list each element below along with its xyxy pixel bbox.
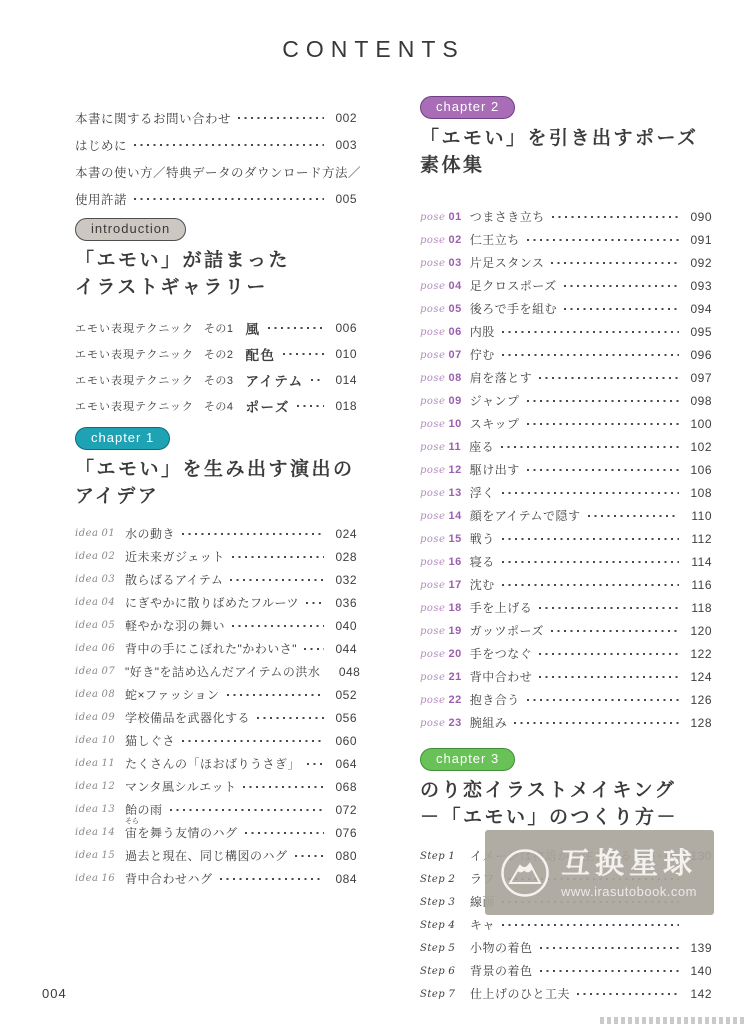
row-number: 09 xyxy=(101,712,115,723)
row-prefix-group: pose05 xyxy=(420,303,462,315)
row-page: 124 xyxy=(686,670,712,684)
row-label: 散らばるアイテム xyxy=(125,571,223,588)
row-label: 水の動き xyxy=(125,525,175,542)
row-page: 112 xyxy=(686,532,712,546)
row-page: 036 xyxy=(331,596,357,610)
row-prefix-group: idea08 xyxy=(75,689,117,700)
row-prefix-group: pose12 xyxy=(420,464,462,476)
toc-row: pose22抱き合う126 xyxy=(420,688,712,711)
row-prefix: Step xyxy=(420,851,445,862)
toc-row: エモい表現テクニックその1風006 xyxy=(75,315,357,341)
row-prefix-group: pose19 xyxy=(420,625,462,637)
row-number: 13 xyxy=(101,804,115,815)
row-page: 090 xyxy=(686,210,712,224)
row-prefix: pose xyxy=(420,373,445,384)
row-page: 091 xyxy=(686,233,712,247)
row-prefix: Step xyxy=(420,897,445,908)
toc-row: idea16背中合わせハグ084 xyxy=(75,867,357,890)
row-page: 028 xyxy=(331,550,357,564)
toc-row: idea14宙そらを舞う友情のハグ076 xyxy=(75,821,357,844)
row-label: 浮く xyxy=(470,484,495,501)
row-label: ガッツポーズ xyxy=(470,622,544,639)
cutoff-text-fragment xyxy=(600,1017,745,1024)
row-prefix-group: pose06 xyxy=(420,326,462,338)
row-label: 本書の使い方／特典データのダウンロード方法／ xyxy=(75,163,361,181)
row-prefix: idea xyxy=(75,735,98,746)
row-prefix: idea xyxy=(75,574,98,585)
row-label: 小物の着色 xyxy=(470,939,533,956)
row-number: 5 xyxy=(448,942,455,954)
page-number: 004 xyxy=(42,986,67,1001)
row-number: 04 xyxy=(448,280,461,292)
row-label: 風 xyxy=(246,318,261,338)
dotted-leader xyxy=(134,198,324,200)
row-prefix: pose xyxy=(420,718,445,729)
row-label: 足クロスポーズ xyxy=(470,277,557,294)
row-page: 106 xyxy=(686,463,712,477)
ruby-text: そら xyxy=(125,816,138,826)
row-prefix: idea xyxy=(75,666,98,677)
row-prefix: pose xyxy=(420,442,445,453)
row-prefix-group: pose14 xyxy=(420,510,462,522)
row-prefix: pose xyxy=(420,695,445,706)
row-number: 20 xyxy=(448,648,461,660)
row-page: 092 xyxy=(686,256,712,270)
row-number: 6 xyxy=(448,965,455,977)
dotted-leader xyxy=(527,400,680,402)
row-label: 近未来ガジェット xyxy=(125,548,225,565)
row-prefix: pose xyxy=(420,327,445,338)
toc-row: pose09ジャンプ098 xyxy=(420,389,712,412)
row-prefix-group: pose08 xyxy=(420,372,462,384)
dotted-leader xyxy=(227,694,324,696)
toc-row: idea08蛇×ファッション052 xyxy=(75,683,357,706)
row-number: 17 xyxy=(448,579,461,591)
row-number: 15 xyxy=(101,850,115,861)
dotted-leader xyxy=(297,405,324,407)
toc-row: idea02近未来ガジェット028 xyxy=(75,545,357,568)
toc-row: pose11座る102 xyxy=(420,435,712,458)
row-page: 056 xyxy=(331,711,357,725)
dotted-leader xyxy=(540,970,679,972)
row-page: 102 xyxy=(686,440,712,454)
row-label: 学校備品を武器化する xyxy=(125,709,250,726)
dotted-leader xyxy=(539,607,679,609)
row-prefix: idea xyxy=(75,643,98,654)
chapter1-badge: chapter 1 xyxy=(75,427,170,450)
row-prefix-group: Step1 xyxy=(420,850,462,862)
row-page: 068 xyxy=(331,780,357,794)
row-prefix-group: idea12 xyxy=(75,781,117,792)
row-prefix-group: pose09 xyxy=(420,395,462,407)
row-number: 22 xyxy=(448,694,461,706)
dotted-leader xyxy=(527,699,679,701)
dotted-leader xyxy=(539,653,679,655)
toc-row: エモい表現テクニックその3アイテム014 xyxy=(75,367,357,393)
row-label: アイテム xyxy=(246,370,304,390)
row-label: ポーズ xyxy=(246,396,290,416)
row-page: 110 xyxy=(686,509,712,523)
row-label: 配色 xyxy=(246,344,276,364)
toc-row: Step6背景の着色140 xyxy=(420,959,712,982)
toc-row: pose03片足スタンス092 xyxy=(420,251,712,274)
row-page: 048 xyxy=(334,665,360,679)
row-label: 顔をアイテムで隠す xyxy=(470,507,581,524)
row-page: 005 xyxy=(331,192,357,206)
mountain-logo-icon xyxy=(499,847,551,899)
dotted-leader xyxy=(514,722,679,724)
row-number: 12 xyxy=(448,464,461,476)
row-prefix: pose xyxy=(420,350,445,361)
row-number: 3 xyxy=(448,896,455,908)
toc-row: pose06内股095 xyxy=(420,320,712,343)
row-number: 2 xyxy=(448,873,455,885)
row-prefix: pose xyxy=(420,511,445,522)
row-label: 沈む xyxy=(470,576,495,593)
row-prefix: Step xyxy=(420,943,445,954)
row-number: 13 xyxy=(448,487,461,499)
row-number: 01 xyxy=(101,528,115,539)
toc-row: pose19ガッツポーズ120 xyxy=(420,619,712,642)
row-number: 08 xyxy=(101,689,115,700)
dotted-leader xyxy=(552,216,679,218)
chapter2-title: 「エモい」を引き出すポーズ素体集 xyxy=(420,125,712,179)
row-page: 010 xyxy=(331,347,357,361)
row-number: 05 xyxy=(101,620,115,631)
row-prefix-group: pose04 xyxy=(420,280,462,292)
dotted-leader xyxy=(502,924,679,926)
dotted-leader xyxy=(307,763,324,765)
row-prefix-group: pose01 xyxy=(420,211,462,223)
left-column: 本書に関するお問い合わせ002はじめに003本書の使い方／特典データのダウンロー… xyxy=(75,96,357,1005)
chapter3-title-line2: －「エモい」のつくり方－ xyxy=(420,804,712,831)
toc-row: pose02仁王立ち091 xyxy=(420,228,712,251)
row-page: 100 xyxy=(686,417,712,431)
dotted-leader xyxy=(502,492,679,494)
dotted-leader xyxy=(220,878,324,880)
dotted-leader xyxy=(134,144,324,146)
dotted-leader xyxy=(257,717,324,719)
row-number: 11 xyxy=(448,441,461,453)
dotted-leader xyxy=(238,117,324,119)
row-prefix-group: idea05 xyxy=(75,620,117,631)
dotted-leader xyxy=(527,469,679,471)
row-prefix-group: idea07 xyxy=(75,666,117,677)
row-prefix-group: idea13 xyxy=(75,804,117,815)
watermark-url: www.irasutobook.com xyxy=(561,884,697,899)
chapter3-title: のり恋イラストメイキング －「エモい」のつくり方－ xyxy=(420,777,712,831)
toc-row: pose08肩を落とす097 xyxy=(420,366,712,389)
row-number: 08 xyxy=(448,372,461,384)
row-page: 128 xyxy=(686,716,712,730)
row-prefix-group: idea02 xyxy=(75,551,117,562)
row-label: にぎやかに散りばめたフルーツ xyxy=(125,594,299,611)
row-page: 052 xyxy=(331,688,357,702)
chapter1-title: 「エモい」を生み出す演出のアイデア xyxy=(75,456,357,510)
row-label: 蛇×ファッション xyxy=(125,686,220,703)
row-category-label: エモい表現テクニック xyxy=(75,346,194,362)
row-prefix: idea xyxy=(75,850,98,861)
toc-row: Step7仕上げのひと工夫142 xyxy=(420,982,712,1005)
row-page: 108 xyxy=(686,486,712,500)
row-prefix-group: pose11 xyxy=(420,441,461,453)
row-page: 084 xyxy=(331,872,357,886)
row-number: 06 xyxy=(101,643,115,654)
row-prefix-group: pose23 xyxy=(420,717,462,729)
row-sub-number: その3 xyxy=(204,372,234,388)
page-title: CONTENTS xyxy=(0,36,747,63)
row-page: 093 xyxy=(686,279,712,293)
row-prefix-group: pose18 xyxy=(420,602,462,614)
row-page: 064 xyxy=(331,757,357,771)
dotted-leader xyxy=(502,538,679,540)
row-label: 抱き合う xyxy=(470,691,520,708)
toc-row: pose13浮く108 xyxy=(420,481,712,504)
technique-list: エモい表現テクニックその1風006エモい表現テクニックその2配色010エモい表現… xyxy=(75,315,357,419)
toc-row: pose04足クロスポーズ093 xyxy=(420,274,712,297)
row-page: 032 xyxy=(331,573,357,587)
row-prefix-group: pose16 xyxy=(420,556,462,568)
toc-row: pose17沈む116 xyxy=(420,573,712,596)
dotted-leader xyxy=(502,584,679,586)
row-label: 猫しぐさ xyxy=(125,732,175,749)
dotted-leader xyxy=(539,377,679,379)
dotted-leader xyxy=(551,630,679,632)
row-label: マンタ風シルエット xyxy=(125,778,236,795)
dotted-leader xyxy=(311,379,324,381)
row-label: 背中合わせ xyxy=(470,668,533,685)
dotted-leader xyxy=(182,740,324,742)
row-page: 116 xyxy=(686,578,712,592)
toc-row: pose16寝る114 xyxy=(420,550,712,573)
row-prefix-group: pose22 xyxy=(420,694,462,706)
row-number: 02 xyxy=(101,551,115,562)
row-page: 072 xyxy=(331,803,357,817)
dotted-leader xyxy=(304,648,324,650)
row-number: 01 xyxy=(448,211,461,223)
toc-row: 使用許諾005 xyxy=(75,185,357,212)
row-page: 044 xyxy=(331,642,357,656)
row-label: 過去と現在、同じ構図のハグ xyxy=(125,847,288,864)
row-page: 140 xyxy=(686,964,712,978)
toc-row: 本書に関するお問い合わせ002 xyxy=(75,104,357,131)
row-page: 118 xyxy=(686,601,712,615)
row-number: 10 xyxy=(448,418,461,430)
row-number: 4 xyxy=(448,919,455,931)
row-label: スキップ xyxy=(470,415,520,432)
dotted-leader xyxy=(588,515,679,517)
idea-list: idea01水の動き024idea02近未来ガジェット028idea03散らばる… xyxy=(75,522,357,890)
row-prefix-group: pose15 xyxy=(420,533,462,545)
row-prefix: idea xyxy=(75,873,98,884)
dotted-leader xyxy=(551,262,679,264)
dotted-leader xyxy=(527,239,679,241)
row-prefix: pose xyxy=(420,580,445,591)
toc-row: idea01水の動き024 xyxy=(75,522,357,545)
row-number: 1 xyxy=(448,850,455,862)
row-prefix-group: idea16 xyxy=(75,873,117,884)
row-label: 手をつなぐ xyxy=(470,645,533,662)
dotted-leader xyxy=(306,602,324,604)
row-page: 006 xyxy=(331,321,357,335)
row-number: 12 xyxy=(101,781,115,792)
row-label: たくさんの「ほおばりうさぎ」 xyxy=(125,755,300,772)
toc-row: idea12マンタ風シルエット068 xyxy=(75,775,357,798)
row-page: 120 xyxy=(686,624,712,638)
row-number: 07 xyxy=(448,349,461,361)
row-sub-number: その4 xyxy=(204,398,234,414)
row-number: 19 xyxy=(448,625,461,637)
row-prefix-group: idea15 xyxy=(75,850,117,861)
ruby-base: 宙そら xyxy=(125,824,138,841)
row-prefix: idea xyxy=(75,758,98,769)
row-label: 仕上げのひと工夫 xyxy=(470,985,570,1002)
row-number: 16 xyxy=(101,873,115,884)
row-prefix: pose xyxy=(420,212,445,223)
row-prefix: pose xyxy=(420,603,445,614)
row-label: 背中合わせハグ xyxy=(125,870,213,887)
chapter2-badge: chapter 2 xyxy=(420,96,515,119)
toc-row: idea03散らばるアイテム032 xyxy=(75,568,357,591)
row-prefix-group: idea04 xyxy=(75,597,117,608)
dotted-leader xyxy=(502,354,679,356)
row-page: 024 xyxy=(331,527,357,541)
row-number: 06 xyxy=(448,326,461,338)
dotted-leader xyxy=(283,353,324,355)
row-label: 使用許諾 xyxy=(75,190,127,208)
row-page: 076 xyxy=(331,826,357,840)
dotted-leader xyxy=(245,832,324,834)
row-category-label: エモい表現テクニック xyxy=(75,398,194,414)
row-label: 戦う xyxy=(470,530,495,547)
row-prefix: Step xyxy=(420,920,445,931)
row-prefix: idea xyxy=(75,528,98,539)
row-prefix-group: pose13 xyxy=(420,487,462,499)
toc-row: pose15戦う112 xyxy=(420,527,712,550)
toc-row: idea06背中の手にこぼれた"かわいさ"044 xyxy=(75,637,357,660)
row-label: 手を上げる xyxy=(470,599,533,616)
row-page: 098 xyxy=(686,394,712,408)
row-label: 寝る xyxy=(470,553,495,570)
toc-row: idea05軽やかな羽の舞い040 xyxy=(75,614,357,637)
row-label: 座る xyxy=(469,438,494,455)
row-number: 03 xyxy=(448,257,461,269)
toc-row: pose12駆け出す106 xyxy=(420,458,712,481)
row-prefix: Step xyxy=(420,989,445,1000)
watermark-text: 互换星球 www.irasutobook.com xyxy=(561,847,697,899)
row-prefix: pose xyxy=(420,557,445,568)
row-label: "好き"を詰め込んだアイテムの洪水 xyxy=(125,663,320,680)
dotted-leader xyxy=(564,308,679,310)
row-label: 腕組み xyxy=(470,714,508,731)
row-prefix: pose xyxy=(420,649,445,660)
dotted-leader xyxy=(268,327,324,329)
row-prefix: pose xyxy=(420,258,445,269)
row-prefix: idea xyxy=(75,712,98,723)
row-number: 02 xyxy=(448,234,461,246)
row-sub-number: その2 xyxy=(204,346,234,362)
row-label: ジャンプ xyxy=(470,392,520,409)
row-label: キャ xyxy=(470,916,495,933)
dotted-leader xyxy=(502,561,679,563)
row-prefix-group: idea01 xyxy=(75,528,117,539)
row-label: 仁王立ち xyxy=(470,231,520,248)
row-label: 本書に関するお問い合わせ xyxy=(75,109,231,127)
toc-row: idea13飴の雨072 xyxy=(75,798,357,821)
row-number: 23 xyxy=(448,717,461,729)
row-prefix-group: idea03 xyxy=(75,574,117,585)
row-prefix: pose xyxy=(420,672,445,683)
row-number: 07 xyxy=(101,666,115,677)
row-page: 060 xyxy=(331,734,357,748)
row-prefix-group: pose10 xyxy=(420,418,462,430)
row-label: 肩を落とす xyxy=(470,369,533,386)
row-label: 片足スタンス xyxy=(470,254,545,271)
dotted-leader xyxy=(243,786,324,788)
row-number: 09 xyxy=(448,395,461,407)
toc-row: Step4キャ xyxy=(420,913,712,936)
dotted-leader xyxy=(540,947,679,949)
dotted-leader xyxy=(577,993,679,995)
row-prefix-group: pose17 xyxy=(420,579,462,591)
row-prefix: idea xyxy=(75,620,98,631)
row-prefix: Step xyxy=(420,874,445,885)
row-prefix: idea xyxy=(75,689,98,700)
row-label: はじめに xyxy=(75,136,127,154)
row-prefix-group: Step7 xyxy=(420,988,462,1000)
row-prefix: pose xyxy=(420,235,445,246)
dotted-leader xyxy=(539,676,679,678)
row-page: 018 xyxy=(331,399,357,413)
dotted-leader xyxy=(502,331,679,333)
row-page: 040 xyxy=(331,619,357,633)
row-prefix-group: idea06 xyxy=(75,643,117,654)
dotted-leader xyxy=(501,446,679,448)
watermark-title: 互换星球 xyxy=(561,847,697,881)
toc-row: エモい表現テクニックその4ポーズ018 xyxy=(75,393,357,419)
row-prefix: idea xyxy=(75,597,98,608)
row-prefix: idea xyxy=(75,804,98,815)
row-prefix: pose xyxy=(420,281,445,292)
dotted-leader xyxy=(232,625,324,627)
row-label: 軽やかな羽の舞い xyxy=(125,617,225,634)
introduction-badge: introduction xyxy=(75,218,186,241)
toc-row: pose01つまさき立ち090 xyxy=(420,205,712,228)
row-number: 11 xyxy=(101,758,115,769)
toc-row: エモい表現テクニックその2配色010 xyxy=(75,341,357,367)
introduction-title-line1: 「エモい」が詰まった xyxy=(75,247,357,274)
row-number: 04 xyxy=(101,597,115,608)
row-label: 後ろで手を組む xyxy=(470,300,557,317)
row-label: 駆け出す xyxy=(470,461,520,478)
row-prefix-group: pose21 xyxy=(420,671,462,683)
dotted-leader xyxy=(170,809,324,811)
chapter3-title-line1: のり恋イラストメイキング xyxy=(420,777,712,804)
row-number: 21 xyxy=(448,671,461,683)
introduction-title: 「エモい」が詰まった イラストギャラリー xyxy=(75,247,357,301)
row-label: 内股 xyxy=(470,323,495,340)
row-prefix-group: idea09 xyxy=(75,712,117,723)
toc-row: idea09学校備品を武器化する056 xyxy=(75,706,357,729)
row-label: 佇む xyxy=(470,346,495,363)
row-prefix: pose xyxy=(420,488,445,499)
row-label: 背景の着色 xyxy=(470,962,533,979)
pose-list: pose01つまさき立ち090pose02仁王立ち091pose03片足スタンス… xyxy=(420,205,712,734)
row-page: 080 xyxy=(331,849,357,863)
dotted-leader xyxy=(527,423,680,425)
row-number: 03 xyxy=(101,574,115,585)
dotted-leader xyxy=(295,855,324,857)
